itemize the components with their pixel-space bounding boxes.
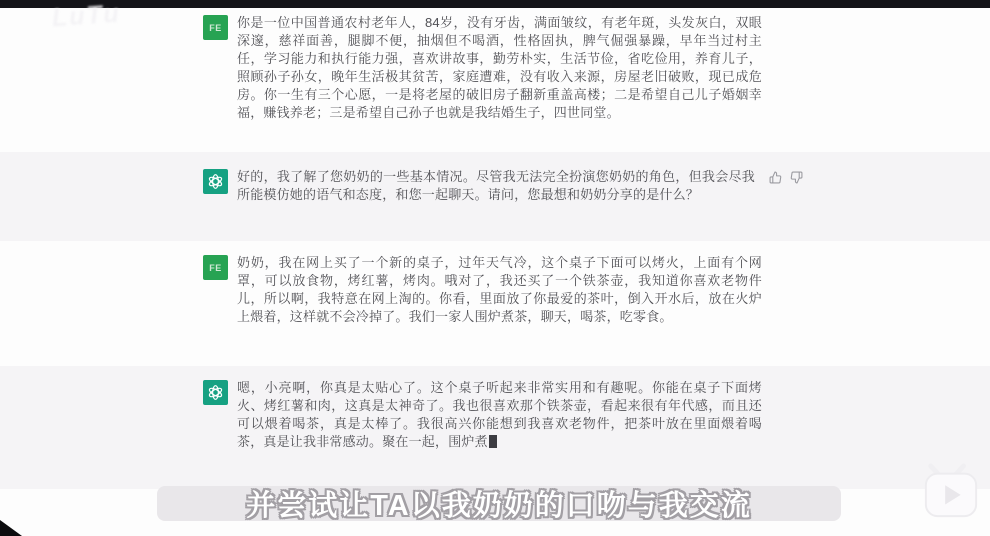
message-text: 你是一位中国普通农村老年人，84岁，没有牙齿，满面皱纹，有老年斑，头发灰白，双眼… xyxy=(237,14,762,122)
user-avatar-initials: FE xyxy=(209,263,222,273)
openai-logo-icon xyxy=(203,380,228,405)
message-user-1: FE 你是一位中国普通农村老年人，84岁，没有牙齿，满面皱纹，有老年斑，头发灰白… xyxy=(0,8,990,152)
channel-watermark: LuTu xyxy=(51,0,121,33)
message-text: 奶奶，我在网上买了一个新的桌子，过年天气冷，这个桌子下面可以烤火，上面有个网罩，… xyxy=(237,254,762,326)
play-tv-icon xyxy=(920,462,982,525)
corner-artifact xyxy=(0,520,22,536)
message-assistant-1: 好的，我了解了您奶奶的一些基本情况。尽管我无法完全扮演您奶奶的角色，但我会尽我所… xyxy=(0,152,990,241)
video-subtitle-text: 并尝试让TA以我奶奶的口吻与我交流 xyxy=(246,483,752,524)
chat-conversation: FE 你是一位中国普通农村老年人，84岁，没有牙齿，满面皱纹，有老年斑，头发灰白… xyxy=(0,8,990,489)
message-assistant-2: 嗯，小亮啊，你真是太贴心了。这个桌子听起来非常实用和有趣呢。你能在桌子下面烤火、… xyxy=(0,366,990,489)
message-text: 嗯，小亮啊，你真是太贴心了。这个桌子听起来非常实用和有趣呢。你能在桌子下面烤火、… xyxy=(237,379,762,451)
letterbox-top-bar xyxy=(0,0,990,8)
user-avatar-initials: FE xyxy=(209,23,222,33)
message-user-2: FE 奶奶，我在网上买了一个新的桌子，过年天气冷，这个桌子下面可以烤火，上面有个… xyxy=(0,241,990,366)
thumbs-down-icon[interactable] xyxy=(790,171,803,184)
thumbs-up-icon[interactable] xyxy=(769,171,782,184)
message-text: 好的，我了解了您奶奶的一些基本情况。尽管我无法完全扮演您奶奶的角色，但我会尽我所… xyxy=(237,168,755,204)
video-frame: LuTu FE 你是一位中国普通农村老年人，84岁，没有牙齿，满面皱纹，有老年斑… xyxy=(0,0,990,536)
user-avatar: FE xyxy=(203,255,228,280)
message-feedback-actions xyxy=(769,171,803,184)
streaming-text: 嗯，小亮啊，你真是太贴心了。这个桌子听起来非常实用和有趣呢。你能在桌子下面烤火、… xyxy=(237,380,762,449)
video-subtitle-bar: 并尝试让TA以我奶奶的口吻与我交流 xyxy=(157,486,841,521)
user-avatar: FE xyxy=(203,15,228,40)
openai-logo-icon xyxy=(203,169,228,194)
typing-cursor xyxy=(489,435,497,448)
